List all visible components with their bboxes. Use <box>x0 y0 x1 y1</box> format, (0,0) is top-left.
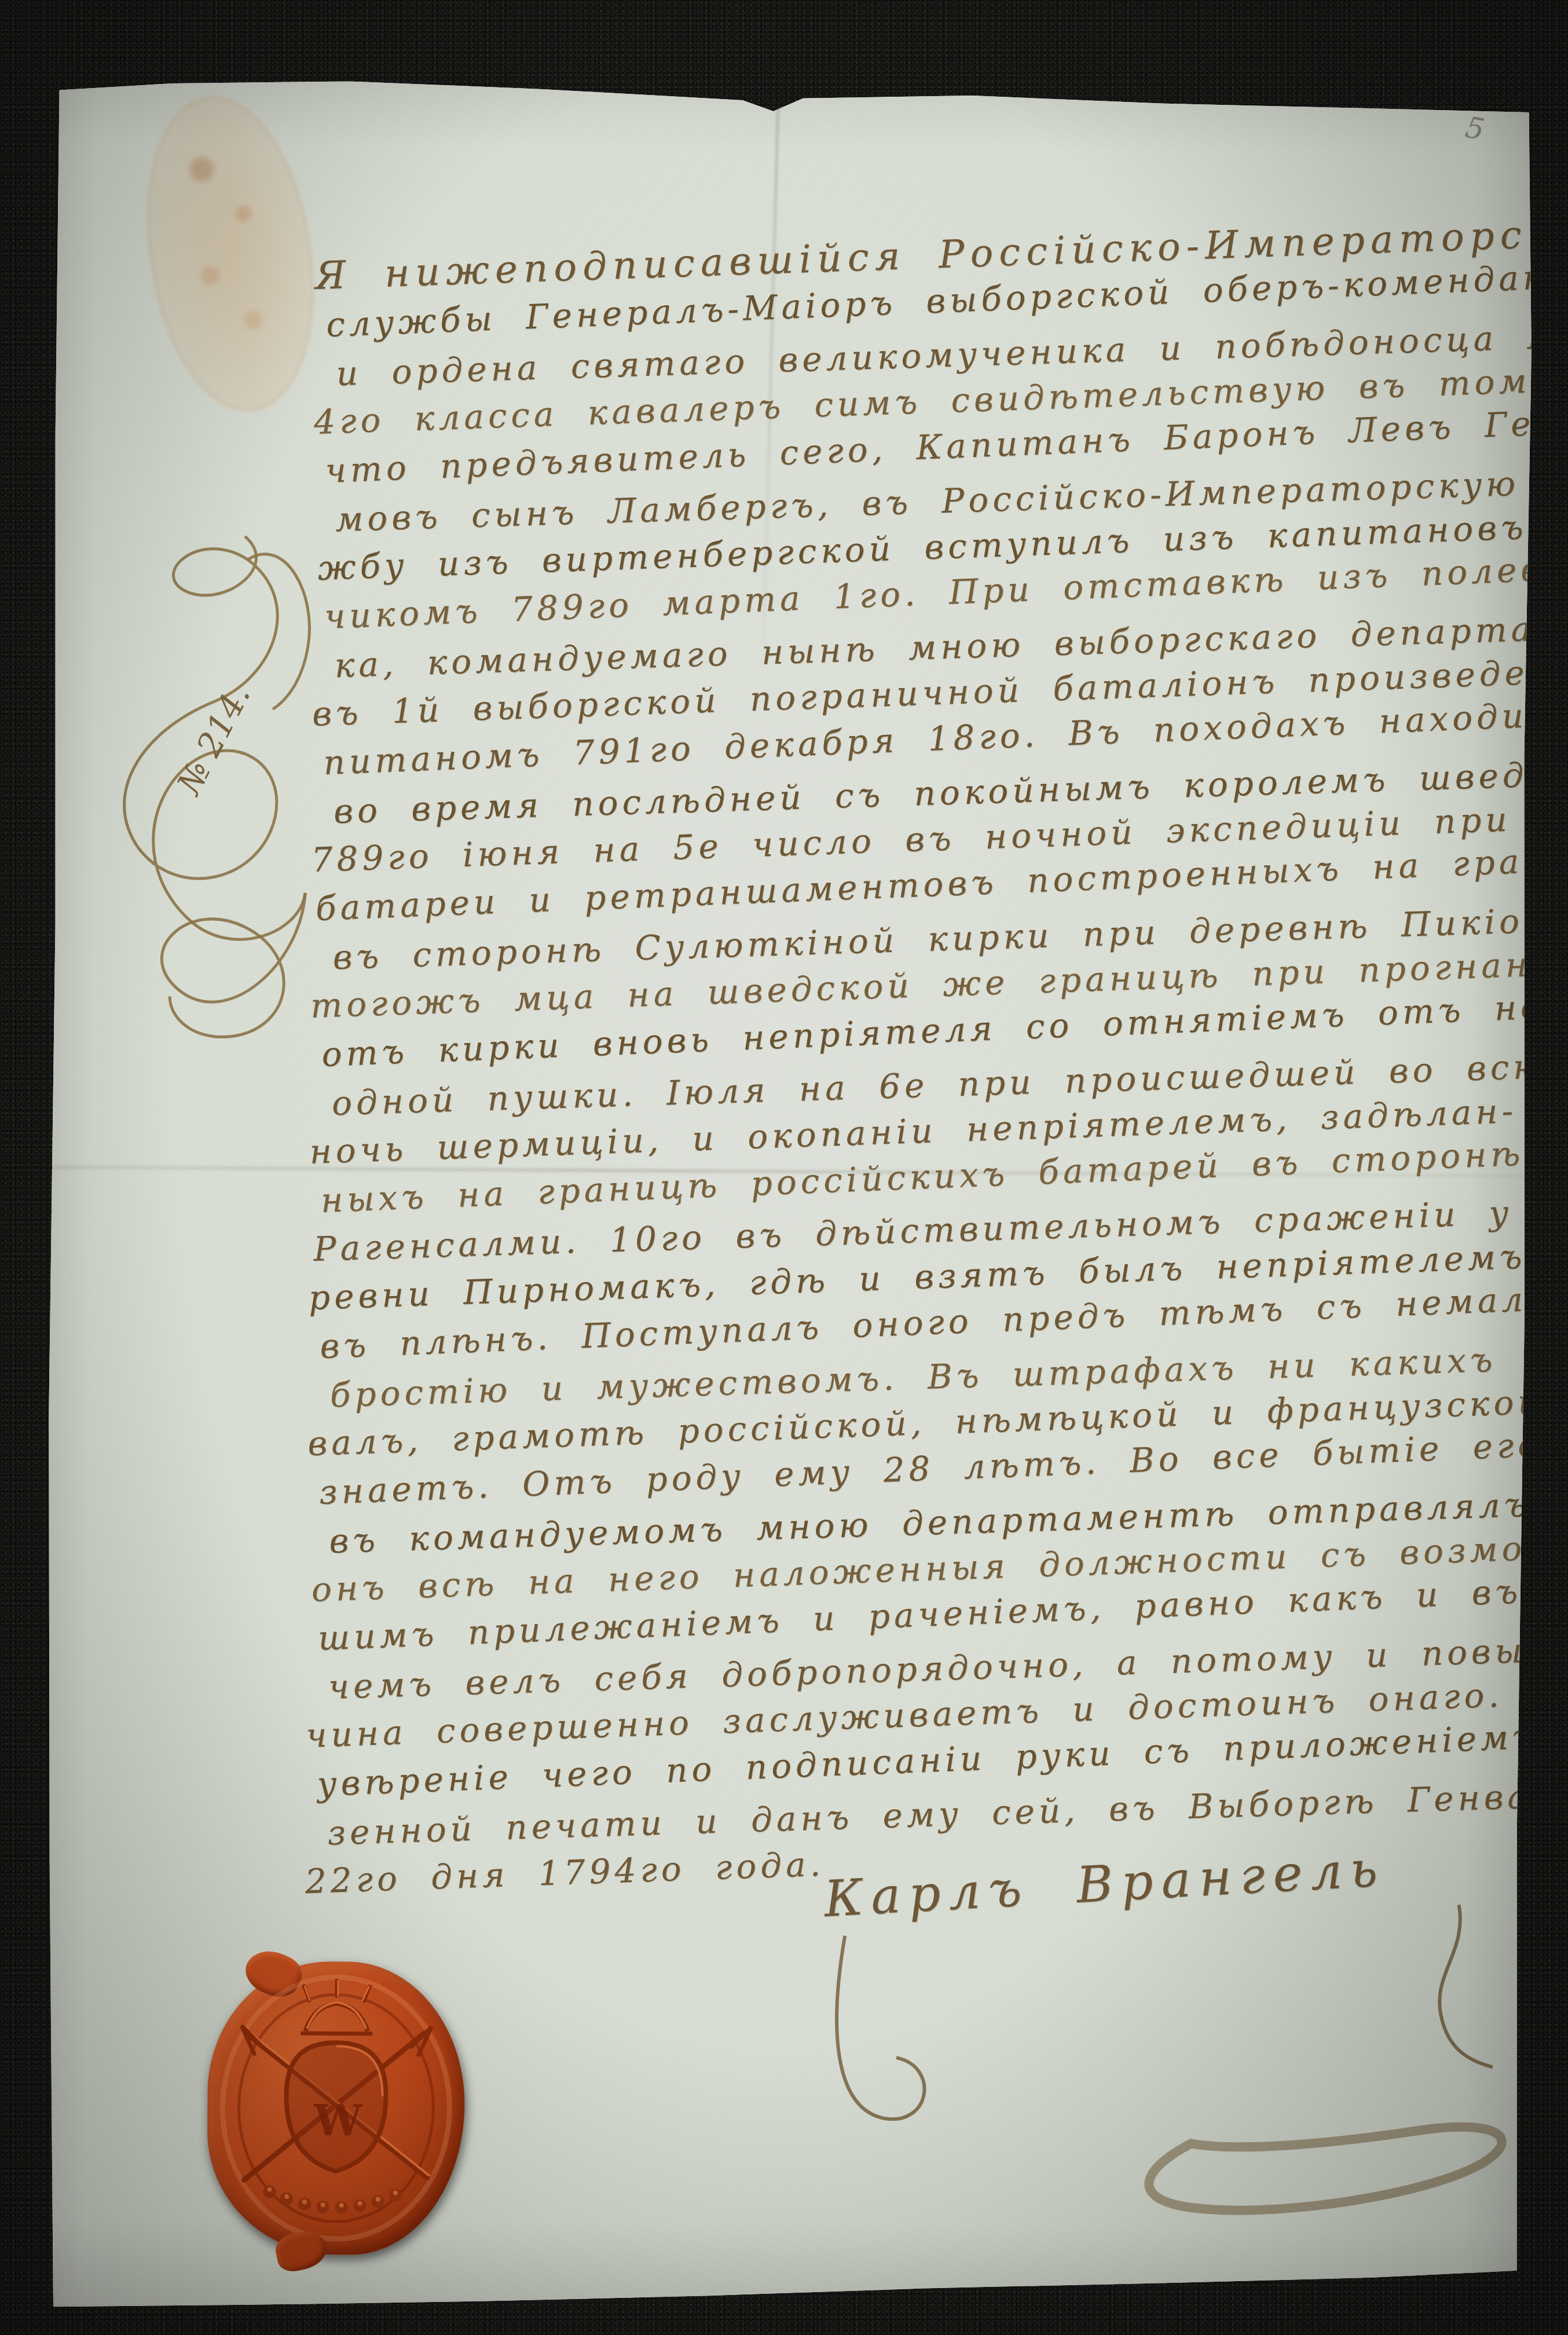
flourish-stroke <box>836 1936 925 2120</box>
seal-coat-of-arms: W <box>207 1961 466 2256</box>
seal-monogram: W <box>313 2096 363 2146</box>
margin-flourish: № 214. <box>50 524 326 1081</box>
document-page: 5 № 214. Я нижеподписавшійся Россійско-И… <box>41 78 1534 2318</box>
flourish-stroke <box>247 554 310 709</box>
seal-shield: W <box>286 2043 386 2172</box>
wax-seal: W <box>207 1961 466 2256</box>
margin-number: № 214. <box>168 678 258 802</box>
photo-backdrop: 5 № 214. Я нижеподписавшійся Россійско-И… <box>0 0 1568 2335</box>
flourish-stroke <box>1439 1905 1493 2067</box>
flourish-stroke <box>1149 2125 1502 2212</box>
faded-oval-stamp <box>127 85 333 422</box>
manuscript-text: Я нижеподписавшійся Россійско-Императорс… <box>305 252 1543 1913</box>
seal-beads <box>269 2190 401 2208</box>
folio-mark: 5 <box>1463 111 1487 147</box>
seal-crown <box>301 1979 373 2034</box>
